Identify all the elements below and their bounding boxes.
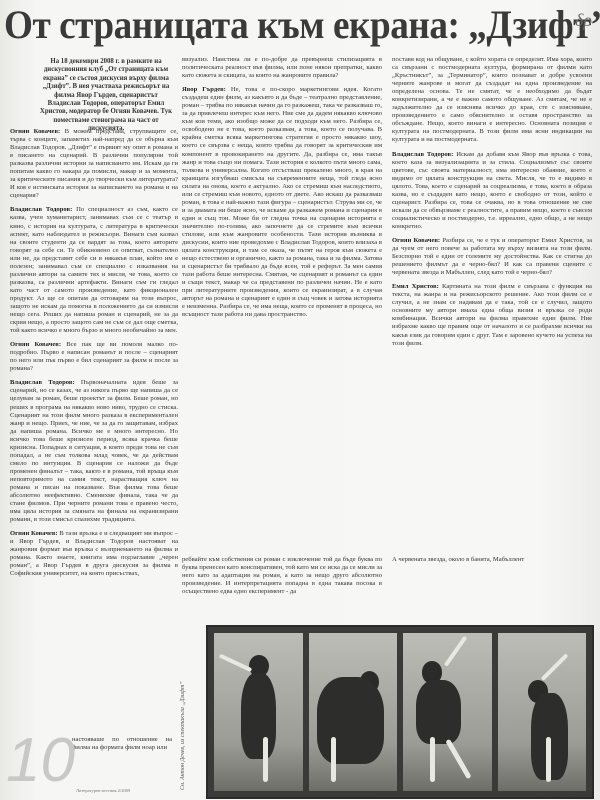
page-number: 10	[6, 730, 75, 792]
paragraph: Огнян Ковачев: Разбира се, че е тук и оп…	[392, 237, 592, 277]
newspaper-page: От страницата към екрана: „Дзифт” δρ На …	[0, 0, 600, 800]
paragraph: Владислав Тодоров: Първоначалната идея б…	[10, 379, 178, 524]
paragraph: поставя код на общуване, с който хората …	[392, 56, 592, 145]
speaker-name: Емил Христов:	[392, 283, 442, 290]
paragraph-text: поставя код на общуване, с който хората …	[392, 56, 592, 143]
paragraph-text: Искам да добавя към Явор във връзка с то…	[392, 151, 592, 230]
speaker-name: Владислав Тодоров:	[10, 379, 81, 386]
column-3: поставя код на общуване, с който хората …	[392, 56, 592, 556]
lead-paragraph: На 18 декември 2008 г. в рамките на диск…	[38, 58, 174, 134]
photo-frame	[498, 633, 587, 791]
paragraph-text: Първоначалната идея беше за сценарий, но…	[10, 379, 178, 523]
photo-frame	[214, 633, 303, 791]
paragraph: Владислав Тодоров: По специалност аз съм…	[10, 206, 178, 335]
column-2: визуализ. Наистина ли е по-добре да прев…	[182, 56, 382, 556]
column-1-continuation: настояваше по отношение на филма на форм…	[72, 736, 172, 766]
speaker-name: Огнян Ковачев:	[392, 237, 442, 244]
paragraph: Емил Христов: Картината на този филм е с…	[392, 283, 592, 347]
photo-frame	[403, 633, 492, 791]
paragraph: Владислав Тодоров: Искам да добавя към Я…	[392, 151, 592, 231]
speaker-name: Владислав Тодоров:	[10, 206, 76, 213]
paragraph-text: Не, това е по-скоро маркетингови идея. К…	[182, 86, 382, 318]
column-1: Огнян Ковачев: В можна представа, струпв…	[10, 128, 178, 688]
speaker-name: Владислав Тодоров:	[392, 151, 456, 158]
film-still-photo-strip	[206, 625, 594, 799]
paragraph-text: В можна представа, струпващите се, търва…	[10, 128, 178, 199]
handwritten-signature: δρ	[575, 10, 592, 31]
paragraph-text: По специалност аз съм, както се казва, у…	[10, 206, 178, 334]
paragraph: Огнян Ковачев: В можна представа, струпв…	[10, 128, 178, 200]
publication-footer: Литературен вестник 2/2009	[76, 788, 130, 793]
page-title: От страницата към екрана: „Дзифт”	[4, 2, 525, 48]
speaker-name: Явор Гърдев:	[182, 86, 231, 93]
speaker-name: Огнян Ковачев:	[10, 530, 59, 537]
speaker-name: Огнян Ковачев:	[10, 128, 65, 135]
column-2-continuation: ребвайте към собствения си роман с изклю…	[182, 556, 382, 602]
photo-frame	[309, 633, 398, 791]
paragraph: Огнян Ковачев: В тази връзка е и следващ…	[10, 530, 178, 578]
column-3-continuation: А червената звезда, около в банята, Мабъ…	[392, 556, 592, 602]
photo-credit: Сн. Антон Дечев, из спектакъла „Дзифт”	[180, 640, 194, 790]
paragraph-text: В тази връзка е и следващият ми въпрос –…	[10, 530, 178, 577]
paragraph-text: Картината на този филм е свързана с функ…	[392, 283, 592, 346]
paragraph: визуализ. Наистина ли е по-добре да прев…	[182, 56, 382, 80]
speaker-name: Огнян Ковачев:	[10, 341, 66, 348]
paragraph: Огнян Ковачев: Все пак ще ви помоля малк…	[10, 341, 178, 373]
paragraph: Явор Гърдев: Не, това е по-скоро маркети…	[182, 86, 382, 319]
paragraph-text: визуализ. Наистина ли е по-добре да прев…	[182, 56, 382, 79]
